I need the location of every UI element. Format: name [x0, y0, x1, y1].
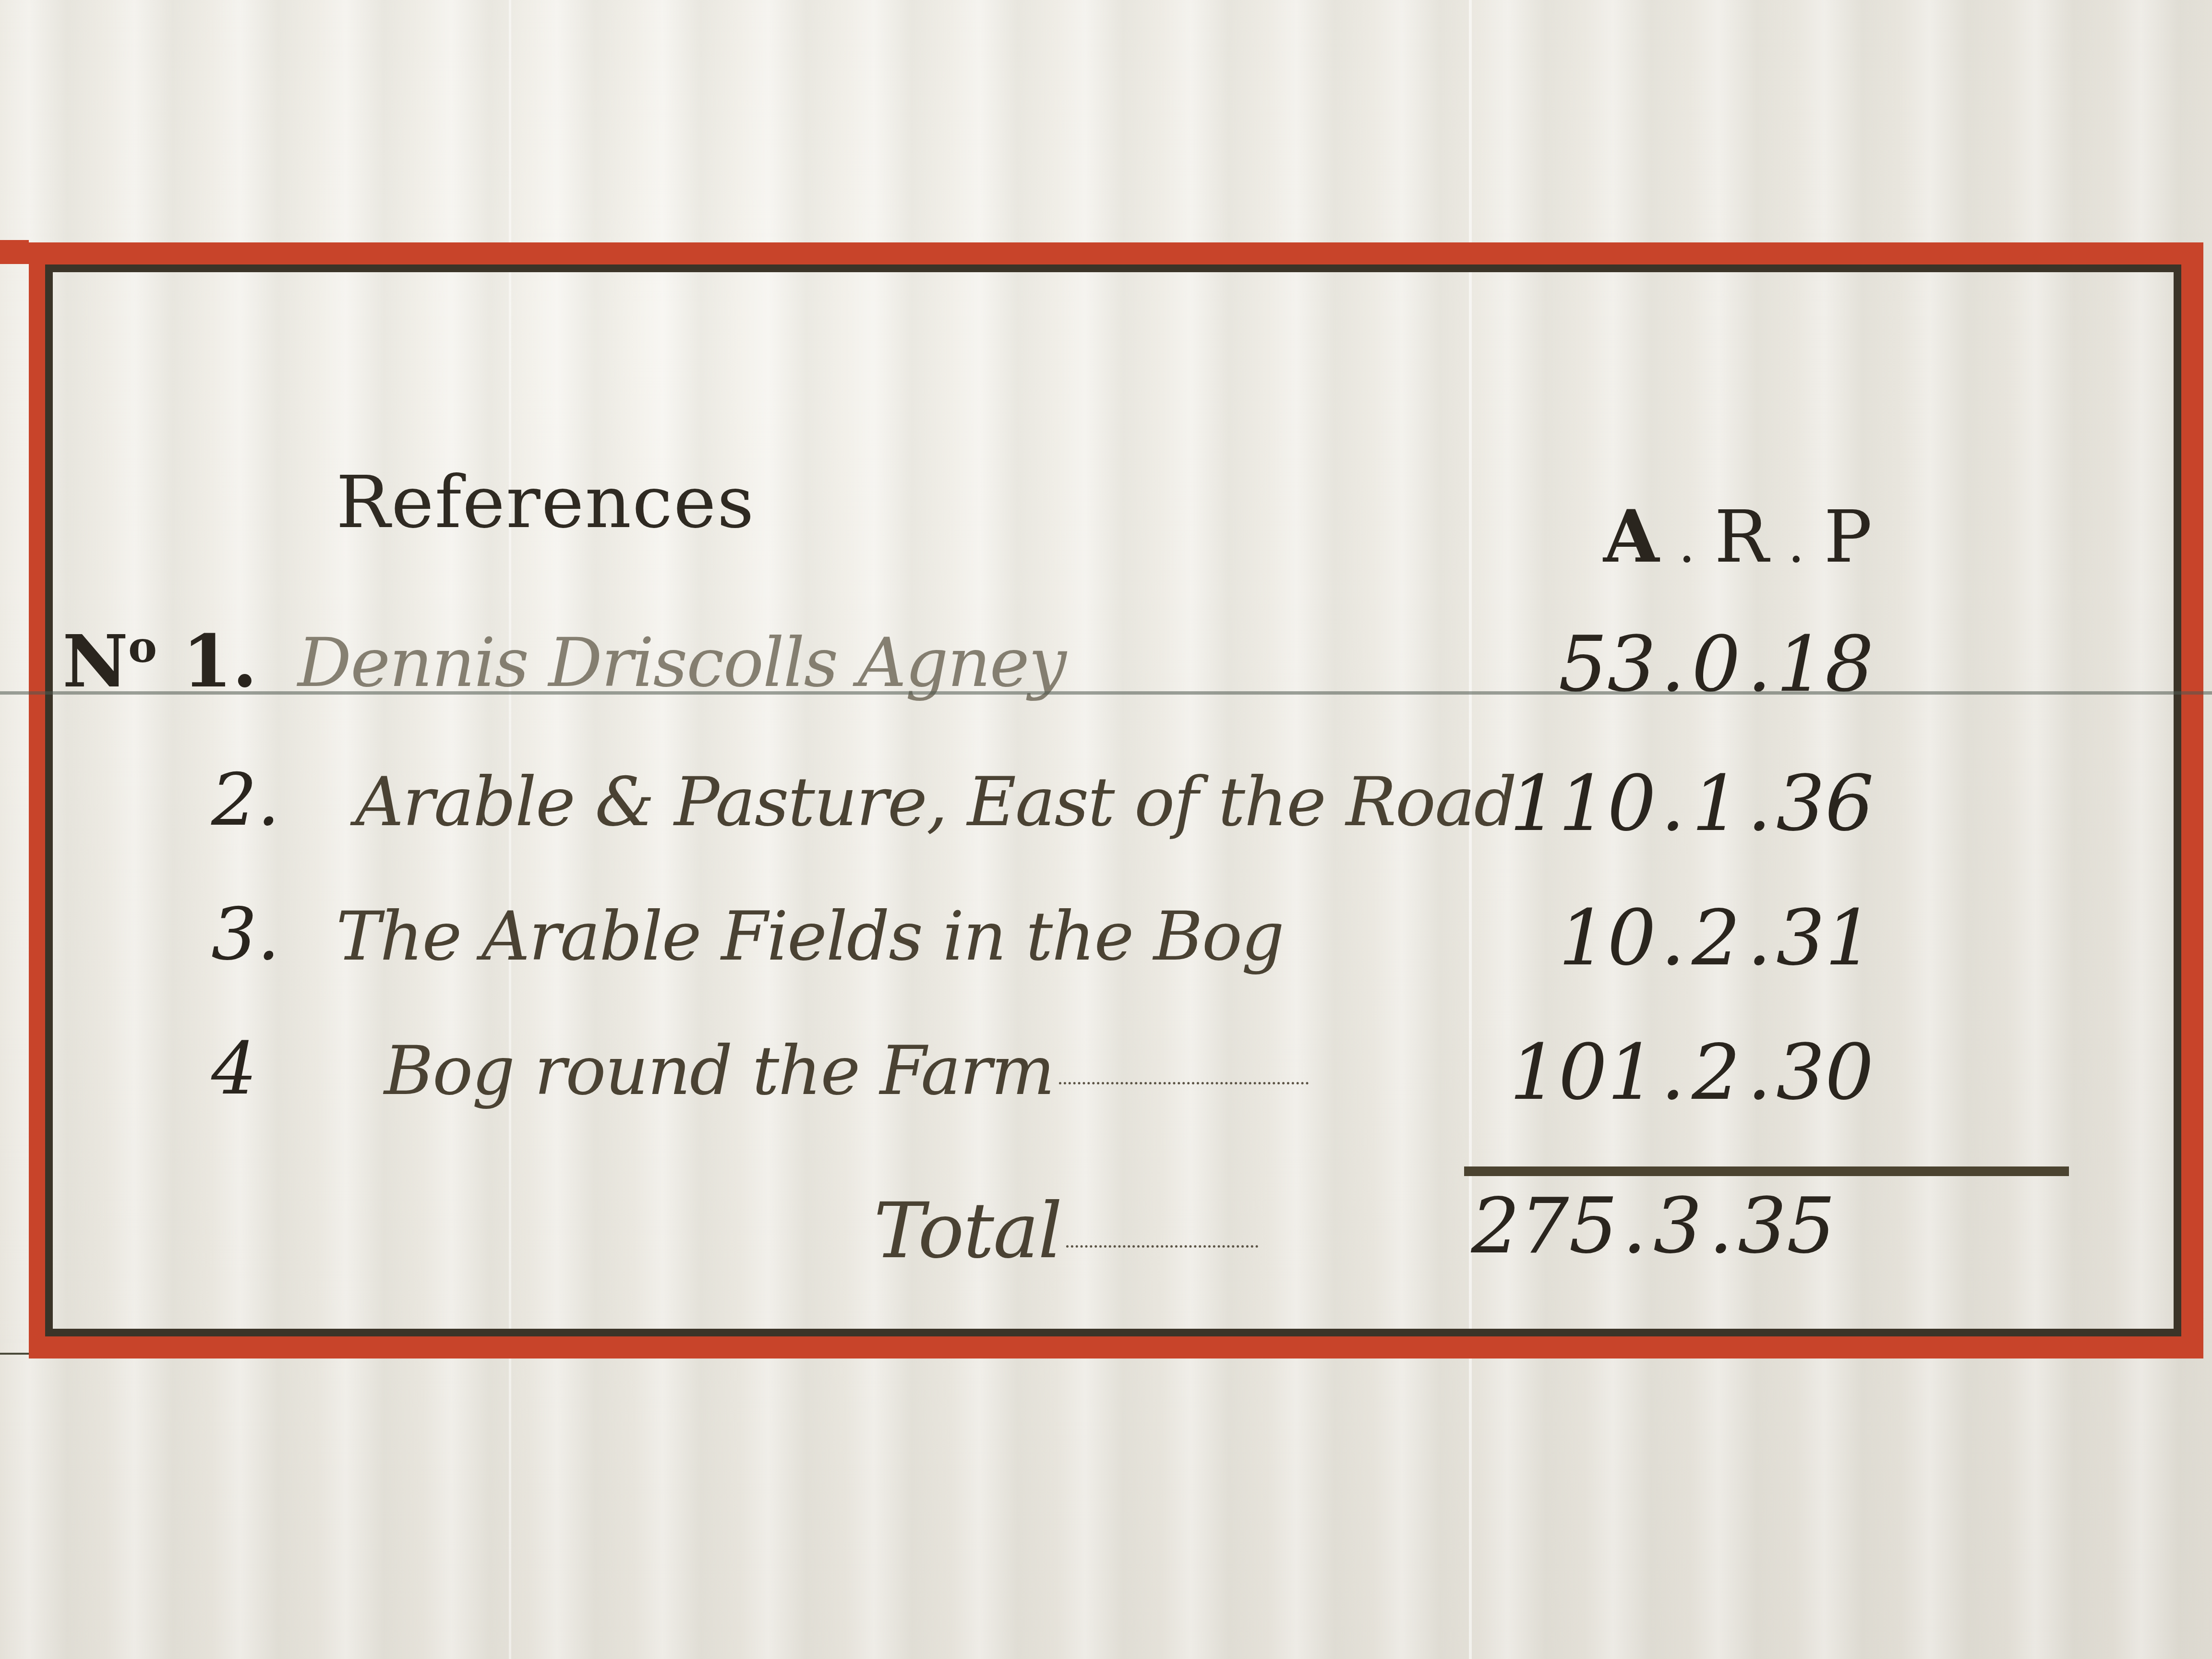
- total-roods: 3: [1651, 1181, 1704, 1271]
- dotted-leader: [1066, 1245, 1258, 1248]
- value-separator: .: [1618, 1181, 1651, 1271]
- perches-value: 36: [1776, 758, 1882, 848]
- col-header-roods: R: [1714, 495, 1768, 579]
- row-values: 101 . 2 . 30: [1498, 1027, 1882, 1117]
- total-values: 275 . 3 . 35: [1459, 1181, 1843, 1271]
- acres-value: 110: [1498, 758, 1656, 848]
- references-title: References: [336, 461, 755, 544]
- row-description: Arable & Pasture, East of the Road: [355, 763, 1516, 842]
- table-row: No 1. Dennis Driscolls Agney 53 . 0 . 18: [0, 619, 2212, 734]
- value-separator: .: [1743, 1027, 1776, 1117]
- perches-value: 30: [1776, 1027, 1882, 1117]
- row-number: 2.: [211, 758, 280, 842]
- roods-value: 2: [1690, 1027, 1743, 1117]
- row-number: 3.: [211, 893, 280, 976]
- row-description: Dennis Driscolls Agney: [298, 624, 1066, 702]
- value-separator: .: [1743, 619, 1776, 709]
- paper-fold-horizontal: [0, 691, 2212, 695]
- perches-value: 18: [1776, 619, 1882, 709]
- roods-value: 0: [1690, 619, 1743, 709]
- total-acres: 275: [1459, 1181, 1618, 1271]
- roods-value: 1: [1690, 758, 1743, 848]
- sum-rule: [1464, 1166, 2069, 1176]
- col-header-perches: P: [1824, 495, 1872, 579]
- total-label: Total: [874, 1186, 1258, 1275]
- row-description: The Arable Fields in the Bog: [336, 898, 1284, 976]
- total-perches: 35: [1738, 1181, 1843, 1271]
- value-separator: .: [1743, 758, 1776, 848]
- table-row: 3. The Arable Fields in the Bog 10 . 2 .…: [0, 893, 2212, 1008]
- perches-value: 31: [1776, 893, 1882, 983]
- roods-value: 2: [1690, 893, 1743, 983]
- row-number: 4: [211, 1027, 257, 1111]
- table-row: 4 Bog round the Farm 101 . 2 . 30: [0, 1027, 2212, 1142]
- value-separator: .: [1743, 893, 1776, 983]
- value-separator: .: [1704, 1181, 1738, 1271]
- value-separator: .: [1656, 758, 1690, 848]
- row-values: 110 . 1 . 36: [1498, 758, 1882, 848]
- acres-value: 101: [1498, 1027, 1656, 1117]
- column-headers: A . R . P: [1603, 494, 1872, 579]
- value-separator: .: [1656, 1027, 1690, 1117]
- value-separator: .: [1656, 619, 1690, 709]
- row-values: 10 . 2 . 31: [1498, 893, 1882, 983]
- header-separator: .: [1678, 513, 1695, 574]
- row-values: 53 . 0 . 18: [1498, 619, 1882, 709]
- total-row: Total 275 . 3 . 35: [0, 1181, 2212, 1296]
- dotted-leader: [1059, 1082, 1309, 1084]
- acres-value: 53: [1498, 619, 1656, 709]
- col-header-acres: A: [1603, 494, 1659, 579]
- header-separator: .: [1788, 513, 1804, 574]
- border-fragment: [0, 240, 29, 264]
- acres-value: 10: [1498, 893, 1656, 983]
- table-row: 2. Arable & Pasture, East of the Road 11…: [0, 758, 2212, 874]
- row-description: Bog round the Farm: [384, 1032, 1309, 1110]
- value-separator: .: [1656, 893, 1690, 983]
